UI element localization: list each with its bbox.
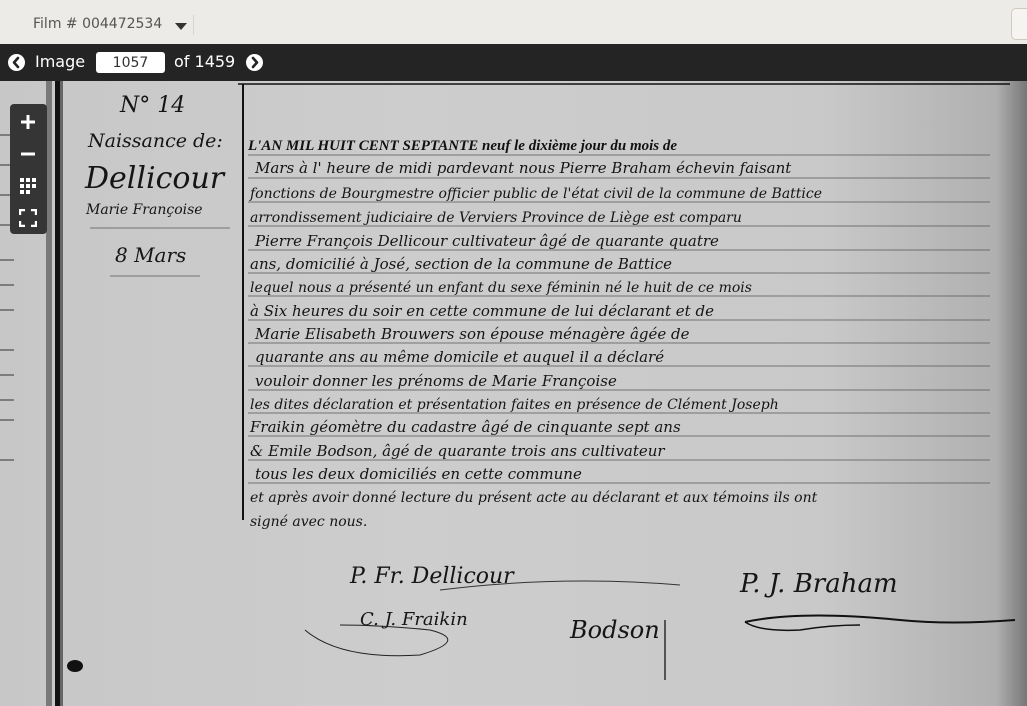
plus-icon[interactable] [10, 106, 47, 136]
body-line: lequel nous a présenté un enfant du sexe… [250, 280, 752, 296]
zoom-controls [10, 104, 47, 234]
body-line: Mars à l' heure de midi pardevant nous P… [254, 159, 792, 177]
body-line: Marie Elisabeth Brouwers son épouse ména… [254, 325, 690, 343]
body-line: à Six heures du soir en cette commune de… [250, 302, 714, 320]
document-image: N° 14 Naissance de: Dellicour Marie Fran… [0, 81, 1027, 706]
top-bar: Film # 004472534 [0, 0, 1027, 44]
margin-date: 8 Mars [115, 243, 186, 267]
image-label: Image [35, 52, 85, 71]
body-line: ans, domicilié à José, section de la com… [250, 255, 672, 273]
body-line: fonctions de Bourgmestre officier public… [249, 186, 822, 202]
image-viewer[interactable]: N° 14 Naissance de: Dellicour Marie Fran… [0, 81, 1027, 706]
minus-icon[interactable] [10, 138, 47, 168]
signature-officer: P. J. Braham [739, 569, 898, 599]
film-number-label: Film # 004472534 [33, 16, 162, 32]
body-line: et après avoir donné lecture du présent … [250, 490, 818, 506]
margin-given-names: Marie Françoise [85, 202, 203, 218]
signature-witness1: C. J. Fraikin [360, 609, 468, 630]
body-line: tous les deux domiciliés en cette commun… [255, 465, 582, 483]
body-line: & Emile Bodson, âgé de quarante trois an… [250, 442, 665, 460]
divider [193, 15, 194, 35]
toolbar-button[interactable] [1011, 8, 1027, 40]
margin-surname: Dellicour [84, 161, 226, 196]
body-line: signé avec nous. [250, 514, 367, 530]
body-line: L'AN MIL HUIT CENT SEPTANTE neuf le dixi… [247, 138, 677, 154]
expand-icon[interactable] [10, 202, 47, 232]
body-line: arrondissement judiciaire de Verviers Pr… [250, 210, 742, 226]
margin-title: Naissance de: [87, 130, 223, 152]
body-line: Pierre François Dellicour cultivateur âg… [254, 232, 719, 250]
caret-down-icon[interactable] [175, 23, 187, 30]
image-total-label: of 1459 [174, 52, 235, 71]
body-line: quarante ans au même domicile et auquel … [255, 348, 664, 366]
image-navigation-bar: Image of 1459 [0, 44, 1027, 81]
signature-witness2: Bodson [569, 616, 660, 644]
chevron-left-circle-icon[interactable] [8, 54, 25, 71]
grid-icon[interactable] [10, 170, 47, 200]
image-number-input[interactable] [96, 52, 165, 73]
chevron-right-circle-icon[interactable] [246, 54, 263, 71]
margin-number: N° 14 [119, 93, 185, 118]
body-line: vouloir donner les prénoms de Marie Fran… [255, 372, 617, 390]
body-line: Fraikin géomètre du cadastre âgé de cinq… [249, 418, 681, 436]
body-line: les dites déclaration et présentation fa… [250, 397, 779, 413]
